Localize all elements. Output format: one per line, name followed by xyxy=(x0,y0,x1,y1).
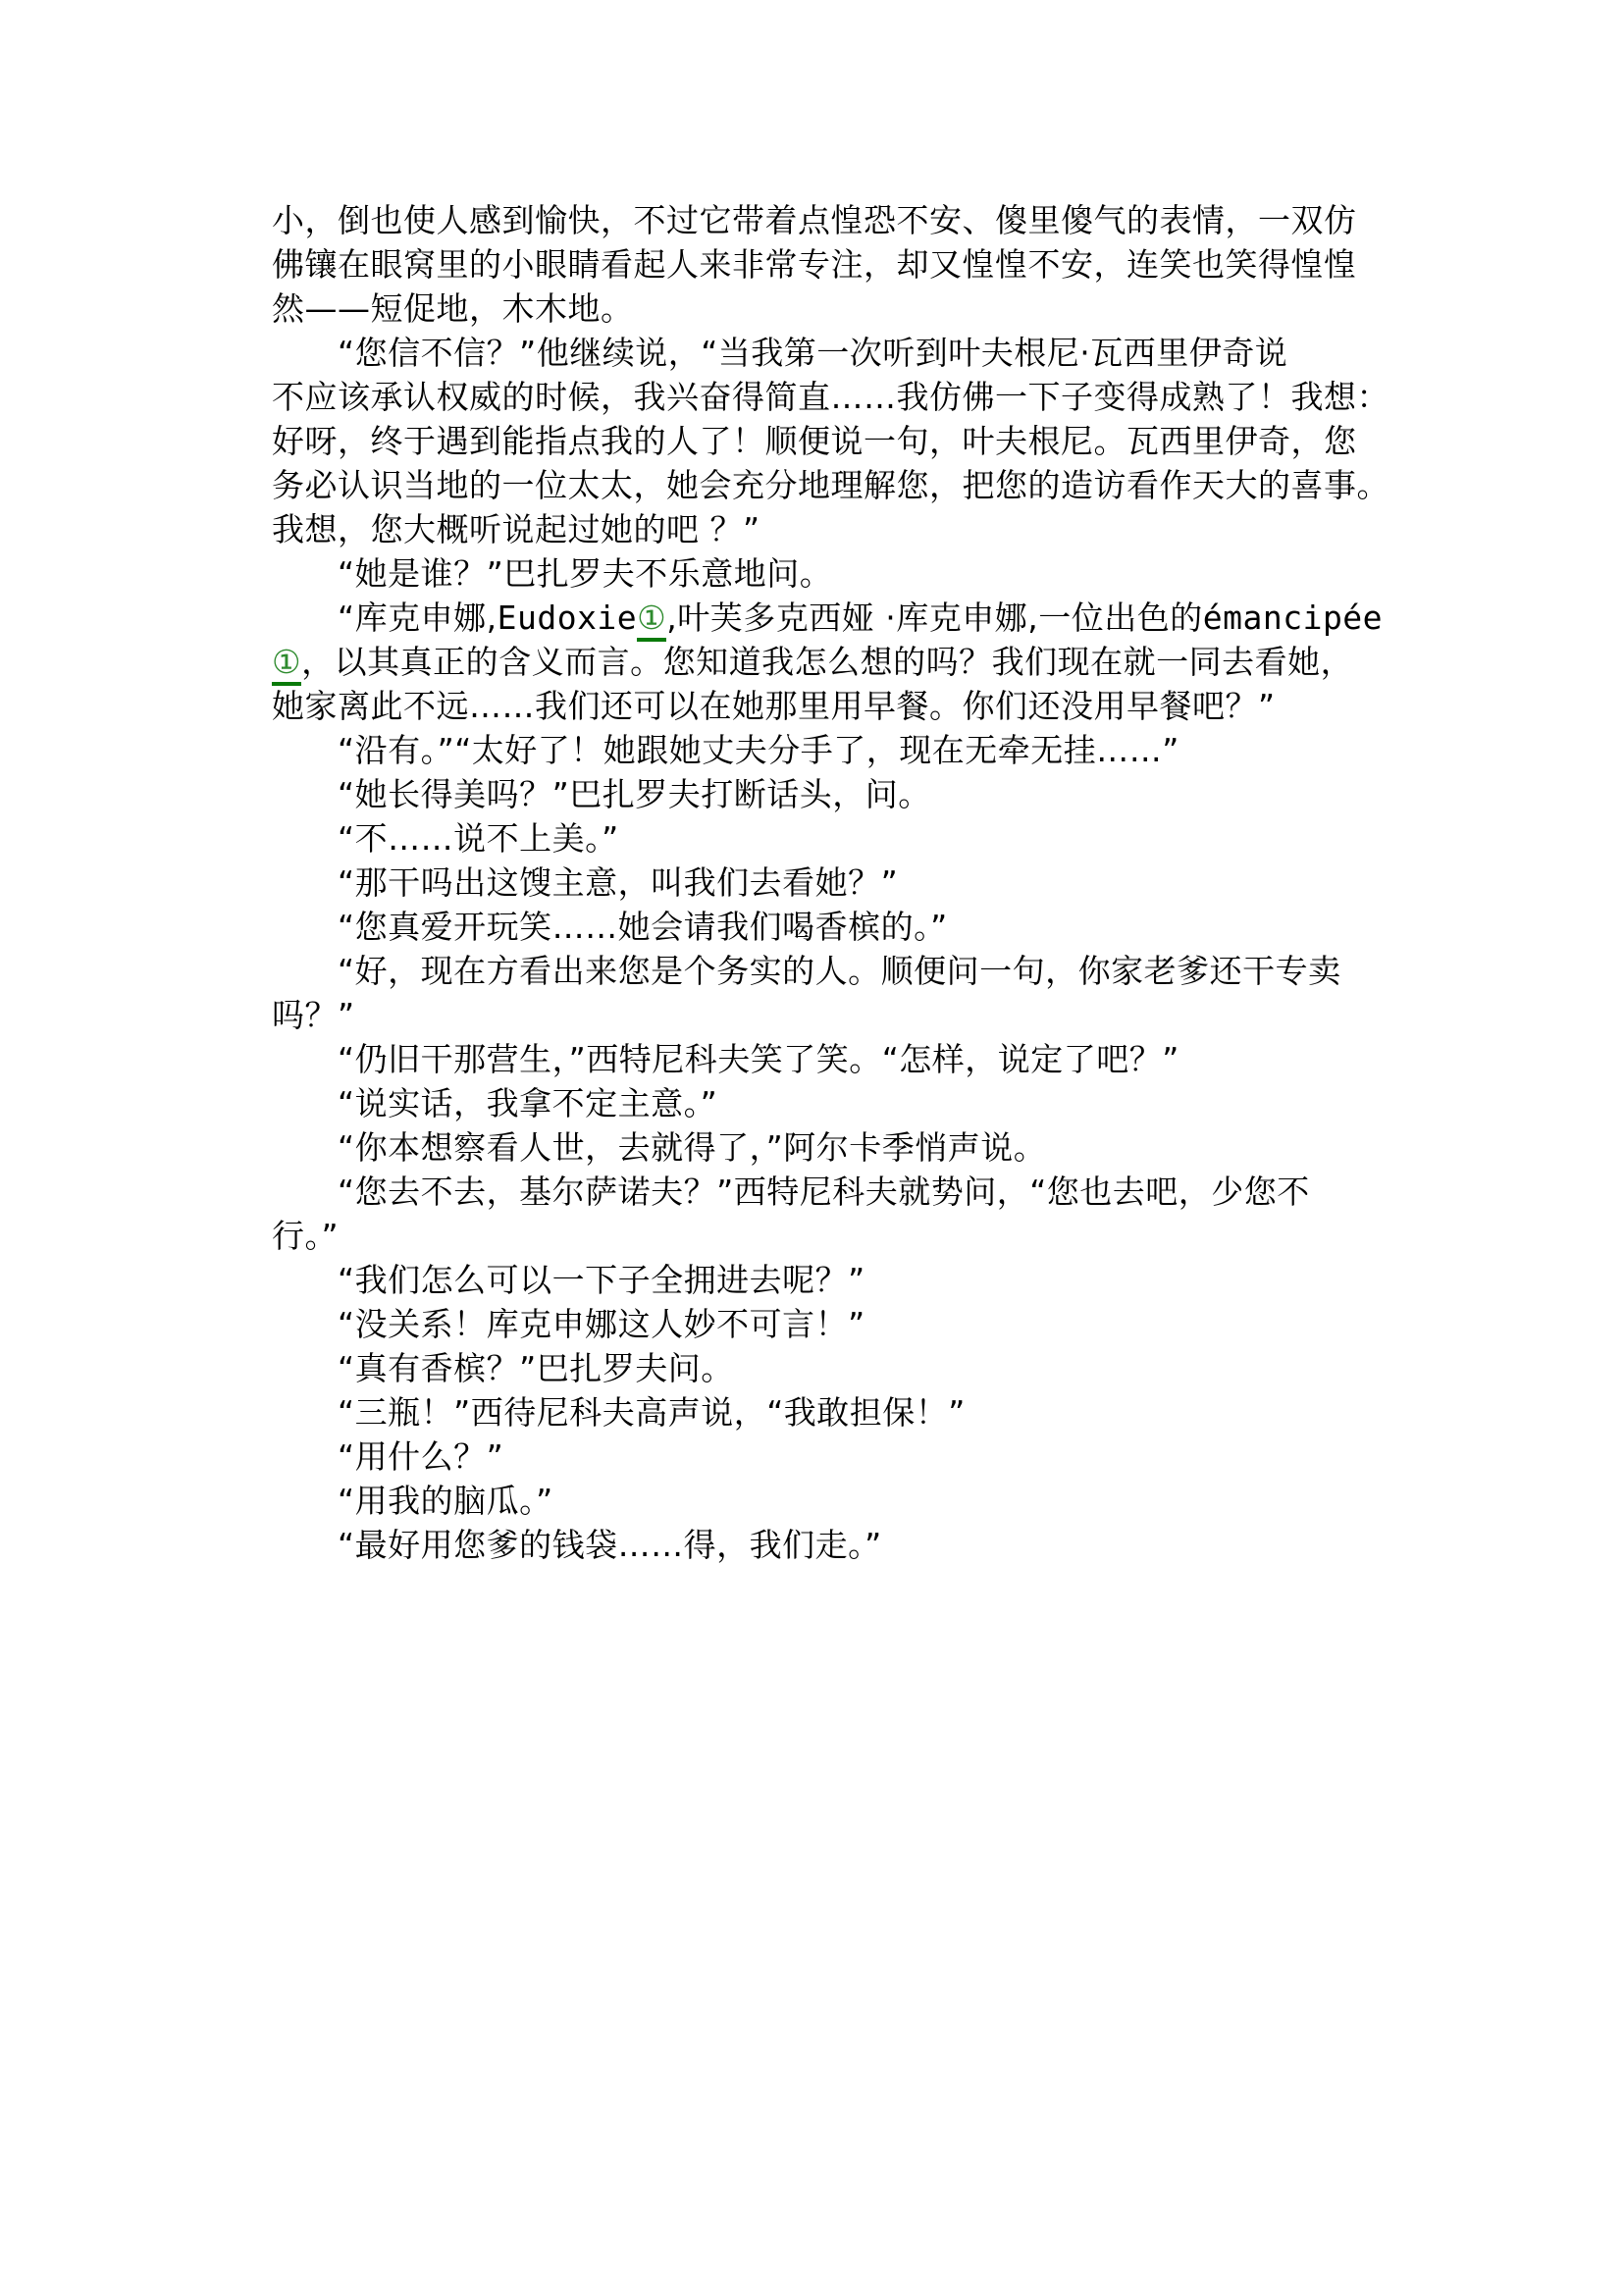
text-line: “三瓶！”西待尼科夫高声说，“我敢担保！” xyxy=(272,1390,1410,1434)
text-line: 吗？” xyxy=(272,993,1410,1037)
text-line: “好，现在方看出来您是个务实的人。顺便问一句，你家老爹还干专卖 xyxy=(272,949,1410,993)
text-segment: “你本想察看人世，去就得了，”阿尔卡季悄声说。 xyxy=(338,1128,1046,1167)
text-segment: 佛镶在眼窝里的小眼睛看起人来非常专注，却又惶惶不安，连笑也笑得惶惶 xyxy=(272,245,1357,284)
text-line: 我想，您大概听说起过她的吧 ？” xyxy=(272,507,1410,551)
text-line: 务必认识当地的一位太太，她会充分地理解您，把您的造访看作天大的喜事。 xyxy=(272,463,1410,507)
text-segment: 不应该承认权威的时候，我兴奋得简直……我仿佛一下子变得成熟了！我想： xyxy=(272,378,1389,416)
text-line: 小，倒也使人感到愉快，不过它带着点惶恐不安、傻里傻气的表情，一双仿 xyxy=(272,198,1410,242)
text-line: “您信不信？”他继续说，“当我第一次听到叶夫根尼·瓦西里伊奇说 xyxy=(272,331,1410,375)
text-line: “我们怎么可以一下子全拥进去呢？” xyxy=(272,1258,1410,1302)
text-line: “您去不去，基尔萨诺夫？”西特尼科夫就势问，“您也去吧，少您不 xyxy=(272,1170,1410,1214)
text-segment: “您真爱开玩笑……她会请我们喝香槟的。” xyxy=(338,908,948,946)
text-segment: “真有香槟？”巴扎罗夫问。 xyxy=(338,1349,734,1387)
text-line: “没关系！库克申娜这人妙不可言！” xyxy=(272,1302,1410,1346)
text-segment: “她长得美吗？”巴扎罗夫打断话头，问。 xyxy=(338,775,931,813)
text-segment: 好呀，终于遇到能指点我的人了！顺便说一句，叶夫根尼。瓦西里伊奇，您 xyxy=(272,422,1357,460)
text-segment: “用什么？” xyxy=(338,1437,503,1476)
footnote-ref-link[interactable]: ① xyxy=(272,643,301,686)
text-segment: “仍旧干那营生，”西特尼科夫笑了笑。“怎样，说定了吧？” xyxy=(338,1040,1179,1078)
text-segment: “好，现在方看出来您是个务实的人。顺便问一句，你家老爹还干专卖 xyxy=(338,952,1341,990)
text-segment: “不……说不上美。” xyxy=(338,819,619,858)
text-segment: “那干吗出这馊主意，叫我们去看她？” xyxy=(338,863,898,902)
text-segment: “库克申娜, xyxy=(338,599,498,637)
text-segment: 我想，您大概听说起过她的吧 ？” xyxy=(272,510,760,548)
text-segment: “您去不去，基尔萨诺夫？”西特尼科夫就势问，“您也去吧，少您不 xyxy=(338,1173,1310,1211)
text-segment: “说实话，我拿不定主意。” xyxy=(338,1084,717,1122)
text-line: 行。” xyxy=(272,1214,1410,1258)
text-segment: “她是谁？”巴扎罗夫不乐意地问。 xyxy=(338,554,832,593)
text-segment: Eudoxie xyxy=(498,599,638,637)
text-segment: “我们怎么可以一下子全拥进去呢？” xyxy=(338,1261,865,1299)
text-line: “她长得美吗？”巴扎罗夫打断话头，问。 xyxy=(272,772,1410,816)
text-line: “不……说不上美。” xyxy=(272,816,1410,860)
text-segment: ，以其真正的含义而言。您知道我怎么想的吗？我们现在就一同去看她， xyxy=(301,643,1353,681)
text-segment: 务必认识当地的一位太太，她会充分地理解您，把您的造访看作天大的喜事。 xyxy=(272,466,1389,504)
footnote-ref-link[interactable]: ① xyxy=(637,599,666,642)
text-segment: “用我的脑瓜。” xyxy=(338,1482,553,1520)
text-segment: 小，倒也使人感到愉快，不过它带着点惶恐不安、傻里傻气的表情，一双仿 xyxy=(272,201,1357,239)
text-segment: 她家离此不远……我们还可以在她那里用早餐。你们还没用早餐吧？” xyxy=(272,687,1276,725)
text-segment: 行。” xyxy=(272,1217,339,1255)
text-segment: “没关系！库克申娜这人妙不可言！” xyxy=(338,1305,865,1343)
text-line: “用什么？” xyxy=(272,1434,1410,1479)
text-segment: 然——短促地，木木地。 xyxy=(272,289,634,328)
text-line: “最好用您爹的钱袋……得，我们走。” xyxy=(272,1523,1410,1567)
text-segment: émancipée xyxy=(1203,599,1383,637)
text-line: ①，以其真正的含义而言。您知道我怎么想的吗？我们现在就一同去看她， xyxy=(272,640,1410,684)
text-line: “那干吗出这馊主意，叫我们去看她？” xyxy=(272,860,1410,905)
text-line: “说实话，我拿不定主意。” xyxy=(272,1081,1410,1125)
text-block: 小，倒也使人感到愉快，不过它带着点惶恐不安、傻里傻气的表情，一双仿佛镶在眼窝里的… xyxy=(272,198,1410,1567)
text-line: “仍旧干那营生，”西特尼科夫笑了笑。“怎样，说定了吧？” xyxy=(272,1037,1410,1081)
text-line: “你本想察看人世，去就得了，”阿尔卡季悄声说。 xyxy=(272,1125,1410,1170)
text-line: “您真爱开玩笑……她会请我们喝香槟的。” xyxy=(272,905,1410,949)
text-line: “用我的脑瓜。” xyxy=(272,1479,1410,1523)
text-line: “真有香槟？”巴扎罗夫问。 xyxy=(272,1346,1410,1390)
text-segment: “三瓶！”西待尼科夫高声说，“我敢担保！” xyxy=(338,1393,966,1432)
text-segment: “最好用您爹的钱袋……得，我们走。” xyxy=(338,1526,882,1564)
text-segment: 吗？” xyxy=(272,996,355,1034)
document-page: 小，倒也使人感到愉快，不过它带着点惶恐不安、傻里傻气的表情，一双仿佛镶在眼窝里的… xyxy=(0,0,1624,2294)
text-segment: “您信不信？”他继续说，“当我第一次听到叶夫根尼·瓦西里伊奇说 xyxy=(338,334,1287,372)
text-line: “她是谁？”巴扎罗夫不乐意地问。 xyxy=(272,551,1410,596)
text-segment: “沿有。”“太好了！她跟她丈夫分手了，现在无牵无挂……” xyxy=(338,731,1179,769)
text-line: 不应该承认权威的时候，我兴奋得简直……我仿佛一下子变得成熟了！我想： xyxy=(272,375,1410,419)
text-line: 好呀，终于遇到能指点我的人了！顺便说一句，叶夫根尼。瓦西里伊奇，您 xyxy=(272,419,1410,463)
text-line: 然——短促地，木木地。 xyxy=(272,287,1410,331)
text-segment: ,叶芙多克西娅 ·库克申娜,一位出色的 xyxy=(666,599,1202,637)
text-line: 佛镶在眼窝里的小眼睛看起人来非常专注，却又惶惶不安，连笑也笑得惶惶 xyxy=(272,242,1410,287)
text-line: 她家离此不远……我们还可以在她那里用早餐。你们还没用早餐吧？” xyxy=(272,684,1410,728)
text-line: “沿有。”“太好了！她跟她丈夫分手了，现在无牵无挂……” xyxy=(272,728,1410,772)
text-line: “库克申娜,Eudoxie①,叶芙多克西娅 ·库克申娜,一位出色的émancip… xyxy=(272,596,1410,640)
